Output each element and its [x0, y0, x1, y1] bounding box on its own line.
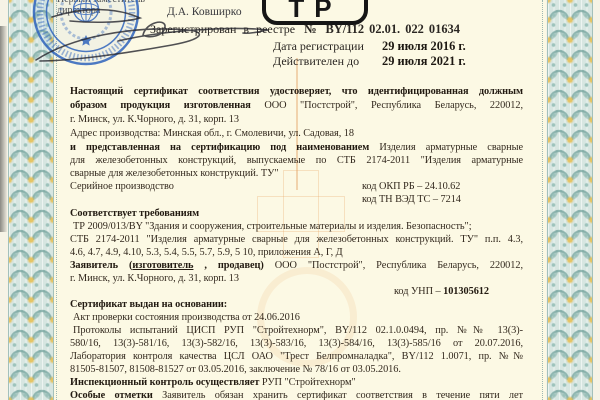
text-line: Соответствует требованиям	[70, 207, 523, 220]
text-line: Заявитель (изготовитель , продавец) ООО …	[70, 259, 523, 272]
text-line: Сертификат выдан на основании:	[70, 298, 523, 311]
text-segment: 101305612	[443, 286, 489, 297]
text-line: Настоящий сертификат соответствия удосто…	[70, 85, 523, 98]
text-segment: 4.6, 4.7, 4.9, 4.10, 5.3, 5.4, 5.5, 5.7,…	[70, 247, 343, 258]
text-line: ТР 2009/013/BY "Здания и сооружения, стр…	[70, 220, 523, 233]
text-segment: Протоколы испытаний ЦИСП РУП "Стройтехно…	[73, 325, 523, 336]
text-segment: код ОКП РБ – 24.10.62	[362, 181, 460, 192]
registration-date-row: Дата регистрации 29 июля 2016 г.	[273, 39, 466, 54]
registration-date-label: Дата регистрации	[273, 39, 379, 54]
text-line: код ОКП РБ – 24.10.62	[362, 180, 460, 193]
text-segment: Лаборатория контроля качества ЦСЛ ОАО "Т…	[70, 351, 523, 362]
text-line: Протоколы испытаний ЦИСП РУП "Стройтехно…	[70, 324, 523, 337]
text-segment: Адрес производства: Минская обл., г. Смо…	[70, 128, 354, 139]
text-segment: Сертификат выдан на основании:	[70, 299, 227, 310]
signatory-title-line2: директора	[57, 5, 100, 16]
text-line: Адрес производства: Минская обл., г. Смо…	[70, 127, 523, 140]
text-line: сварные для железобетонных конструкций. …	[70, 167, 523, 180]
text-segment: образом продукция изготовленная	[70, 100, 264, 111]
text-segment: Серийное производство	[70, 181, 174, 192]
text-segment: Настоящий сертификат соответствия удосто…	[70, 86, 523, 97]
text-line: г. Минск, ул. К.Чорного, д. 31, корп. 13	[70, 272, 523, 285]
text-segment: Соответствует требованиям	[70, 208, 199, 219]
text-segment: Акт проверки состояния производства от 2…	[73, 312, 300, 323]
text-line: Лаборатория контроля качества ЦСЛ ОАО "Т…	[70, 350, 523, 363]
text-line: 580/16, 13(3)-581/16, 13(3)-582/16, 13(3…	[70, 337, 523, 350]
text-segment: сварные для железобетонных конструкций. …	[70, 168, 278, 179]
text-segment: г. Минск, ул. К.Чорного, д. 31, корп. 13	[70, 273, 239, 284]
text-segment: г. Минск, ул. К.Чорного, д. 31, корп. 13	[70, 114, 239, 125]
text-segment: Заявитель (	[70, 260, 132, 271]
text-segment: ООО "Постстрой", Республика Беларусь, 22…	[264, 100, 523, 111]
text-segment: , продавец)	[193, 260, 263, 271]
text-segment: ООО "Постстрой", Республика Беларусь, 22…	[264, 260, 523, 271]
text-line: для железобетонных конструкций, выпускае…	[70, 154, 523, 167]
text-segment: 81505-81507, 81508-81527 от 03.05.2016, …	[70, 364, 401, 375]
registration-date-value: 29 июля 2016 г.	[382, 39, 466, 53]
text-segment: Заявитель обязан хранить сертификат соот…	[153, 390, 523, 400]
text-line: 81505-81507, 81508-81527 от 03.05.2016, …	[70, 363, 523, 376]
text-segment: для железобетонных конструкций, выпускае…	[70, 155, 523, 166]
text-segment: Особые отметки	[70, 390, 153, 400]
text-line: и представленная на сертификацию под наи…	[70, 141, 523, 154]
valid-until-value: 29 июля 2021 г.	[382, 54, 466, 68]
signatory-name: Д.А. Ковширко	[167, 6, 242, 18]
text-segment: СТБ 2174-2011 "Изделия арматурные сварны…	[70, 234, 523, 245]
text-segment: код УНП –	[394, 286, 443, 297]
text-line: код ТН ВЭД ТС – 7214	[362, 193, 461, 206]
conformity-mark-letters: ТР	[288, 0, 341, 21]
text-segment: Инспекционный контроль осуществляет	[70, 377, 259, 388]
conformity-mark-box: ТР	[262, 0, 368, 25]
text-line: код УНП – 101305612	[394, 285, 489, 298]
text-segment: и представленная на сертификацию под наи…	[70, 142, 379, 153]
valid-until-row: Действителен до 29 июля 2021 г.	[273, 54, 466, 69]
text-line: образом продукция изготовленная ООО "Пос…	[70, 99, 523, 112]
text-segment: РУП "Стройтехнорм"	[259, 377, 355, 388]
text-line: Особые отметки Заявитель обязан хранить …	[70, 389, 523, 400]
certificate-scan-page: Первый заместитель директора Д.А. Ковшир…	[0, 0, 600, 400]
text-line: 4.6, 4.7, 4.9, 4.10, 5.3, 5.4, 5.5, 5.7,…	[70, 246, 523, 259]
text-segment: изготовитель	[132, 260, 193, 271]
text-segment: 580/16, 13(3)-581/16, 13(3)-582/16, 13(3…	[70, 338, 523, 349]
valid-until-label: Действителен до	[273, 54, 379, 69]
text-segment: ТР 2009/013/BY "Здания и сооружения, стр…	[73, 221, 472, 232]
text-line: Инспекционный контроль осуществляет РУП …	[70, 376, 523, 389]
text-segment: код ТН ВЭД ТС – 7214	[362, 194, 461, 205]
text-line: СТБ 2174-2011 "Изделия арматурные сварны…	[70, 233, 523, 246]
text-line: г. Минск, ул. К.Чорного, д. 31, корп. 13	[70, 113, 523, 126]
text-line: Акт проверки состояния производства от 2…	[70, 311, 523, 324]
text-segment: Изделия арматурные сварные	[379, 142, 523, 153]
